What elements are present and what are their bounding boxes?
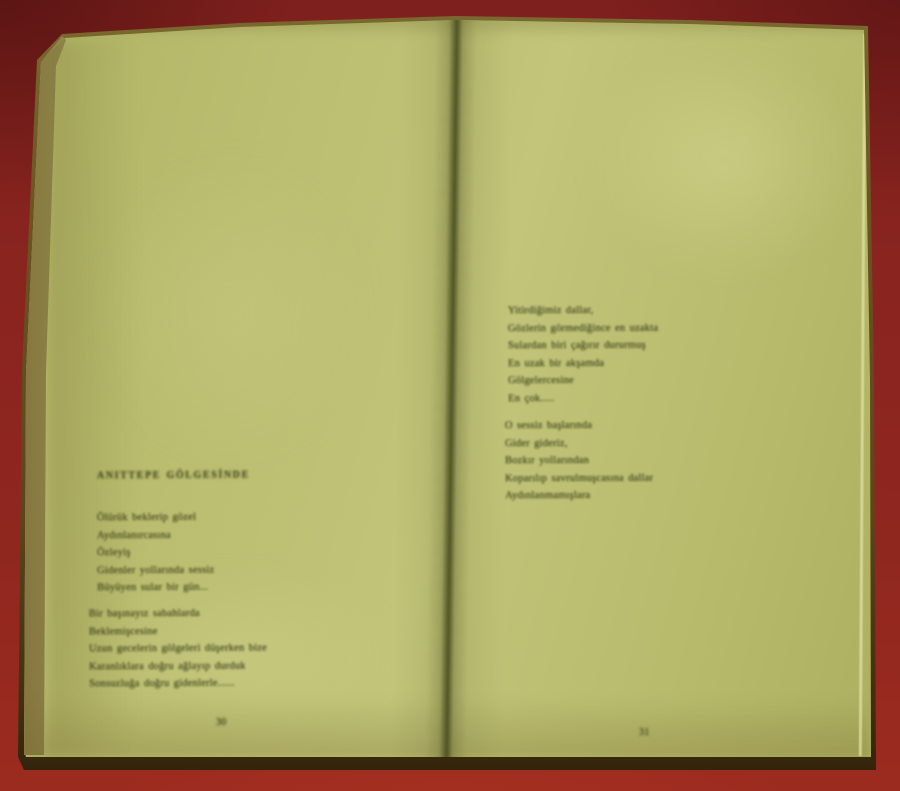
- stanza: Bir başınayız sabahlarda Beklemişcesine …: [89, 605, 267, 693]
- poem-line: Karanlıklara doğru ağlayıp durduk: [89, 657, 267, 675]
- poem-line: Koparılıp savrulmuşcasına dallar: [505, 469, 653, 487]
- poem-line: En çok.....: [508, 389, 658, 407]
- page-number-right: 31: [639, 724, 649, 742]
- stanza: Yitirdiğimiz dallar, Gözlerin görmediğin…: [508, 302, 659, 408]
- poem-line: O sessiz başlarında: [505, 417, 653, 435]
- poem-line: Bozkır yollarından: [505, 452, 653, 470]
- poem-line: Aydınlanırcasına: [97, 526, 214, 544]
- poem-line: Büyüyen sular bir gün...: [97, 579, 214, 597]
- poem-line: Gider gideriz,: [505, 434, 653, 452]
- poem-line: Yitirdiğimiz dallar,: [508, 302, 658, 320]
- stanza: O sessiz başlarında Gider gideriz, Bozkı…: [505, 417, 654, 505]
- page-number-left: 30: [216, 714, 226, 732]
- poem-line: Ölürük beklerip gözel: [97, 509, 214, 527]
- poem-title: ANITTEPE GÖLGESİNDE: [97, 467, 250, 485]
- poem-line: Gözlerin görmediğince en uzakta: [508, 319, 658, 337]
- pages: ANITTEPE GÖLGESİNDE Ölürük beklerip göze…: [0, 0, 900, 791]
- poem-line: Uzun gecelerin gölgeleri düşerken bize: [89, 640, 267, 658]
- poem-line: Aydınlanmamışlara: [505, 487, 653, 505]
- poem-line: Sulardan biri çağırır dururmuş: [508, 337, 658, 355]
- page-edge-highlight: [859, 34, 866, 756]
- poem-line: En uzak bir akşamda: [508, 354, 658, 372]
- poem-line: Beklemişcesine: [89, 622, 267, 640]
- poem-line: Sonsuzluğa doğru gidenlerle......: [89, 675, 267, 693]
- stanza: Ölürük beklerip gözel Aydınlanırcasına Ö…: [97, 509, 215, 597]
- poem-line: Gölgelercesine: [508, 372, 658, 390]
- poem-line: Gidenler yollarında sessiz: [97, 561, 214, 579]
- poem-line: Özleyiş: [97, 544, 214, 562]
- photo-background: ANITTEPE GÖLGESİNDE Ölürük beklerip göze…: [0, 0, 900, 791]
- lighting-highlight: [590, 40, 860, 280]
- poem-line: Bir başınayız sabahlarda: [89, 605, 267, 623]
